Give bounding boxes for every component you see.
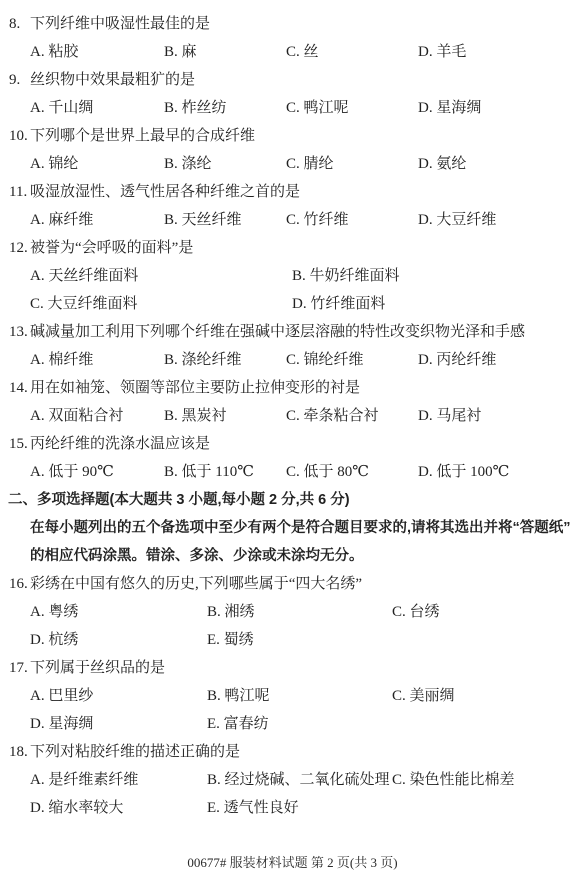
question-number: 16. [9, 570, 28, 598]
question-stem: 吸湿放湿性、透气性居各种纤维之首的是 [30, 178, 300, 206]
option: D. 星海绸 [30, 710, 93, 738]
question-number: 8. [9, 10, 20, 38]
question-15-stem-row: 15. 丙纶纤维的洗涤水温应该是 [0, 430, 585, 458]
option: A. 天丝纤维面料 [30, 262, 138, 290]
option: B. 经过烧碱、二氧化硫处理 [207, 766, 390, 794]
option: A. 千山绸 [30, 94, 93, 122]
question-13-stem-row: 13. 碱减量加工利用下列哪个纤维在强碱中逐层溶融的特性改变织物光泽和手感 [0, 318, 585, 346]
page-footer: 00677# 服装材料试题 第 2 页(共 3 页) [0, 852, 585, 871]
option: C. 腈纶 [286, 150, 334, 178]
option: A. 粤绣 [30, 598, 78, 626]
question-stem: 丙纶纤维的洗涤水温应该是 [30, 430, 210, 458]
option: C. 牵条粘合衬 [286, 402, 379, 430]
question-stem: 下列对粘胶纤维的描述正确的是 [30, 738, 240, 766]
option: A. 是纤维素纤维 [30, 766, 138, 794]
question-number: 11. [9, 178, 27, 206]
option: E. 富春纺 [207, 710, 269, 738]
question-stem: 彩绣在中国有悠久的历史,下列哪些属于“四大名绣” [30, 570, 362, 598]
question-18-options-row-2: D. 缩水率较大 E. 透气性良好 [0, 794, 585, 822]
question-number: 12. [9, 234, 28, 262]
question-stem: 丝织物中效果最粗犷的是 [30, 66, 195, 94]
option: D. 低于 100℃ [418, 458, 509, 486]
question-8-stem-row: 8. 下列纤维中吸湿性最佳的是 [0, 10, 585, 38]
option: A. 双面粘合衬 [30, 402, 123, 430]
question-number: 15. [9, 430, 28, 458]
option: A. 粘胶 [30, 38, 78, 66]
question-number: 17. [9, 654, 28, 682]
option: C. 美丽绸 [392, 682, 455, 710]
question-number: 9. [9, 66, 20, 94]
option: A. 低于 90℃ [30, 458, 114, 486]
question-16-stem-row: 16. 彩绣在中国有悠久的历史,下列哪些属于“四大名绣” [0, 570, 585, 598]
question-9-options-row: A. 千山绸 B. 柞丝纺 C. 鸭江呢 D. 星海绸 [0, 94, 585, 122]
option: D. 马尾衬 [418, 402, 481, 430]
section-2-instruction-row-2: 的相应代码涂黑。错涂、多涂、少涂或未涂均无分。 [0, 542, 585, 570]
option: C. 低于 80℃ [286, 458, 369, 486]
exam-page: 8. 下列纤维中吸湿性最佳的是 A. 粘胶 B. 麻 C. 丝 D. 羊毛 9.… [0, 0, 585, 885]
option: D. 杭绣 [30, 626, 78, 654]
question-14-stem-row: 14. 用在如袖笼、领圈等部位主要防止拉伸变形的衬是 [0, 374, 585, 402]
question-13-options-row: A. 棉纤维 B. 涤纶纤维 C. 锦纶纤维 D. 丙纶纤维 [0, 346, 585, 374]
option: C. 染色性能比棉差 [392, 766, 515, 794]
question-11-options-row: A. 麻纤维 B. 天丝纤维 C. 竹纤维 D. 大豆纤维 [0, 206, 585, 234]
section-2-instruction-row-1: 在每小题列出的五个备选项中至少有两个是符合题目要求的,请将其选出并将“答题纸” [0, 514, 585, 542]
option: B. 牛奶纤维面料 [292, 262, 400, 290]
option: B. 麻 [164, 38, 197, 66]
instruction-line: 在每小题列出的五个备选项中至少有两个是符合题目要求的,请将其选出并将“答题纸” [30, 514, 571, 542]
question-number: 18. [9, 738, 28, 766]
option: B. 涤纶纤维 [164, 346, 242, 374]
option: A. 锦纶 [30, 150, 78, 178]
question-16-options-row-1: A. 粤绣 B. 湘绣 C. 台绣 [0, 598, 585, 626]
option: D. 竹纤维面料 [292, 290, 385, 318]
option: D. 丙纶纤维 [418, 346, 496, 374]
question-stem: 被誉为“会呼吸的面料”是 [30, 234, 193, 262]
question-14-options-row: A. 双面粘合衬 B. 黑炭衬 C. 牵条粘合衬 D. 马尾衬 [0, 402, 585, 430]
instruction-line: 的相应代码涂黑。错涂、多涂、少涂或未涂均无分。 [30, 542, 364, 570]
question-stem: 下列属于丝织品的是 [30, 654, 165, 682]
question-stem: 下列纤维中吸湿性最佳的是 [30, 10, 210, 38]
option: E. 透气性良好 [207, 794, 299, 822]
option: D. 氨纶 [418, 150, 466, 178]
question-17-options-row-2: D. 星海绸 E. 富春纺 [0, 710, 585, 738]
option: B. 湘绣 [207, 598, 255, 626]
option: C. 台绣 [392, 598, 440, 626]
question-15-options-row: A. 低于 90℃ B. 低于 110℃ C. 低于 80℃ D. 低于 100… [0, 458, 585, 486]
option: D. 羊毛 [418, 38, 466, 66]
option: B. 黑炭衬 [164, 402, 227, 430]
option: B. 柞丝纺 [164, 94, 227, 122]
option: A. 棉纤维 [30, 346, 93, 374]
question-number: 13. [9, 318, 28, 346]
option: C. 丝 [286, 38, 319, 66]
option: C. 锦纶纤维 [286, 346, 364, 374]
option: A. 巴里纱 [30, 682, 93, 710]
option: B. 涤纶 [164, 150, 212, 178]
question-18-options-row-1: A. 是纤维素纤维 B. 经过烧碱、二氧化硫处理 C. 染色性能比棉差 [0, 766, 585, 794]
question-12-options-row-1: A. 天丝纤维面料 B. 牛奶纤维面料 [0, 262, 585, 290]
question-12-options-row-2: C. 大豆纤维面料 D. 竹纤维面料 [0, 290, 585, 318]
option: A. 麻纤维 [30, 206, 93, 234]
question-17-stem-row: 17. 下列属于丝织品的是 [0, 654, 585, 682]
option: E. 蜀绣 [207, 626, 254, 654]
question-8-options-row: A. 粘胶 B. 麻 C. 丝 D. 羊毛 [0, 38, 585, 66]
question-10-options-row: A. 锦纶 B. 涤纶 C. 腈纶 D. 氨纶 [0, 150, 585, 178]
question-stem: 用在如袖笼、领圈等部位主要防止拉伸变形的衬是 [30, 374, 360, 402]
option: C. 竹纤维 [286, 206, 349, 234]
question-stem: 下列哪个是世界上最早的合成纤维 [30, 122, 255, 150]
question-12-stem-row: 12. 被誉为“会呼吸的面料”是 [0, 234, 585, 262]
question-17-options-row-1: A. 巴里纱 B. 鸭江呢 C. 美丽绸 [0, 682, 585, 710]
question-10-stem-row: 10. 下列哪个是世界上最早的合成纤维 [0, 122, 585, 150]
section-2-header-row: 二、多项选择题(本大题共 3 小题,每小题 2 分,共 6 分) [0, 486, 585, 514]
option: B. 天丝纤维 [164, 206, 242, 234]
question-number: 14. [9, 374, 28, 402]
option: C. 大豆纤维面料 [30, 290, 138, 318]
question-16-options-row-2: D. 杭绣 E. 蜀绣 [0, 626, 585, 654]
question-11-stem-row: 11. 吸湿放湿性、透气性居各种纤维之首的是 [0, 178, 585, 206]
section-title: 二、多项选择题(本大题共 3 小题,每小题 2 分,共 6 分) [8, 486, 350, 514]
question-number: 10. [9, 122, 28, 150]
option: D. 大豆纤维 [418, 206, 496, 234]
question-stem: 碱减量加工利用下列哪个纤维在强碱中逐层溶融的特性改变织物光泽和手感 [30, 318, 525, 346]
option: D. 缩水率较大 [30, 794, 123, 822]
question-18-stem-row: 18. 下列对粘胶纤维的描述正确的是 [0, 738, 585, 766]
question-9-stem-row: 9. 丝织物中效果最粗犷的是 [0, 66, 585, 94]
option: D. 星海绸 [418, 94, 481, 122]
option: B. 低于 110℃ [164, 458, 254, 486]
option: B. 鸭江呢 [207, 682, 270, 710]
option: C. 鸭江呢 [286, 94, 349, 122]
